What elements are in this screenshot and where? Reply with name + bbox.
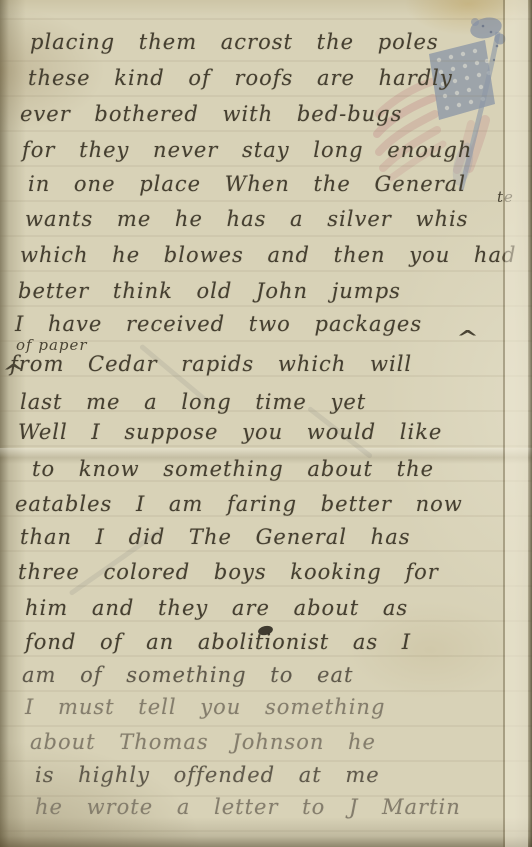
- insertion-caret: ^: [456, 326, 479, 350]
- letter-line: from Cedar rapids which will: [10, 352, 412, 376]
- right-fold-strip: [505, 0, 528, 847]
- letter-line: he wrote a letter to J Martin: [35, 795, 461, 819]
- letter-line: eatables I am faring better now: [15, 492, 463, 516]
- letter-line: which he blowes and then you had: [20, 243, 516, 267]
- letter-line: wants me he has a silver whis: [25, 207, 468, 231]
- page-edge-right: [528, 0, 532, 847]
- letter-line: am of something to eat: [22, 663, 353, 687]
- letter-body: placing them acrost the poles these kind…: [0, 0, 532, 847]
- letter-line: for they never stay long enough: [22, 138, 472, 162]
- letter-line: these kind of roofs are hardly: [28, 66, 453, 90]
- margin-caret: ^: [2, 360, 25, 384]
- letter-page: placing them acrost the poles these kind…: [0, 0, 532, 847]
- letter-line: fond of an abolitionist as I: [25, 630, 411, 654]
- letter-line: than I did The General has: [20, 525, 411, 549]
- interlinear-insertion: of paper: [16, 336, 88, 354]
- letter-line: three colored boys kooking for: [18, 560, 439, 584]
- letter-line: Well I suppose you would like: [18, 420, 442, 444]
- letter-line: placing them acrost the poles: [30, 30, 439, 54]
- letter-line: in one place When the General: [28, 172, 466, 196]
- letter-line: ever bothered with bed-bugs: [20, 102, 402, 126]
- letter-line: I must tell you something: [25, 695, 385, 719]
- letter-line: I have received two packages: [15, 312, 422, 336]
- letter-line: about Thomas Johnson he: [30, 730, 376, 754]
- letter-line: last me a long time yet: [20, 390, 366, 414]
- letter-line: is highly offended at me: [35, 763, 380, 787]
- letter-line: him and they are about as: [25, 596, 408, 620]
- letter-line: better think old John jumps: [18, 279, 401, 303]
- letter-line: to know something about the: [32, 457, 434, 481]
